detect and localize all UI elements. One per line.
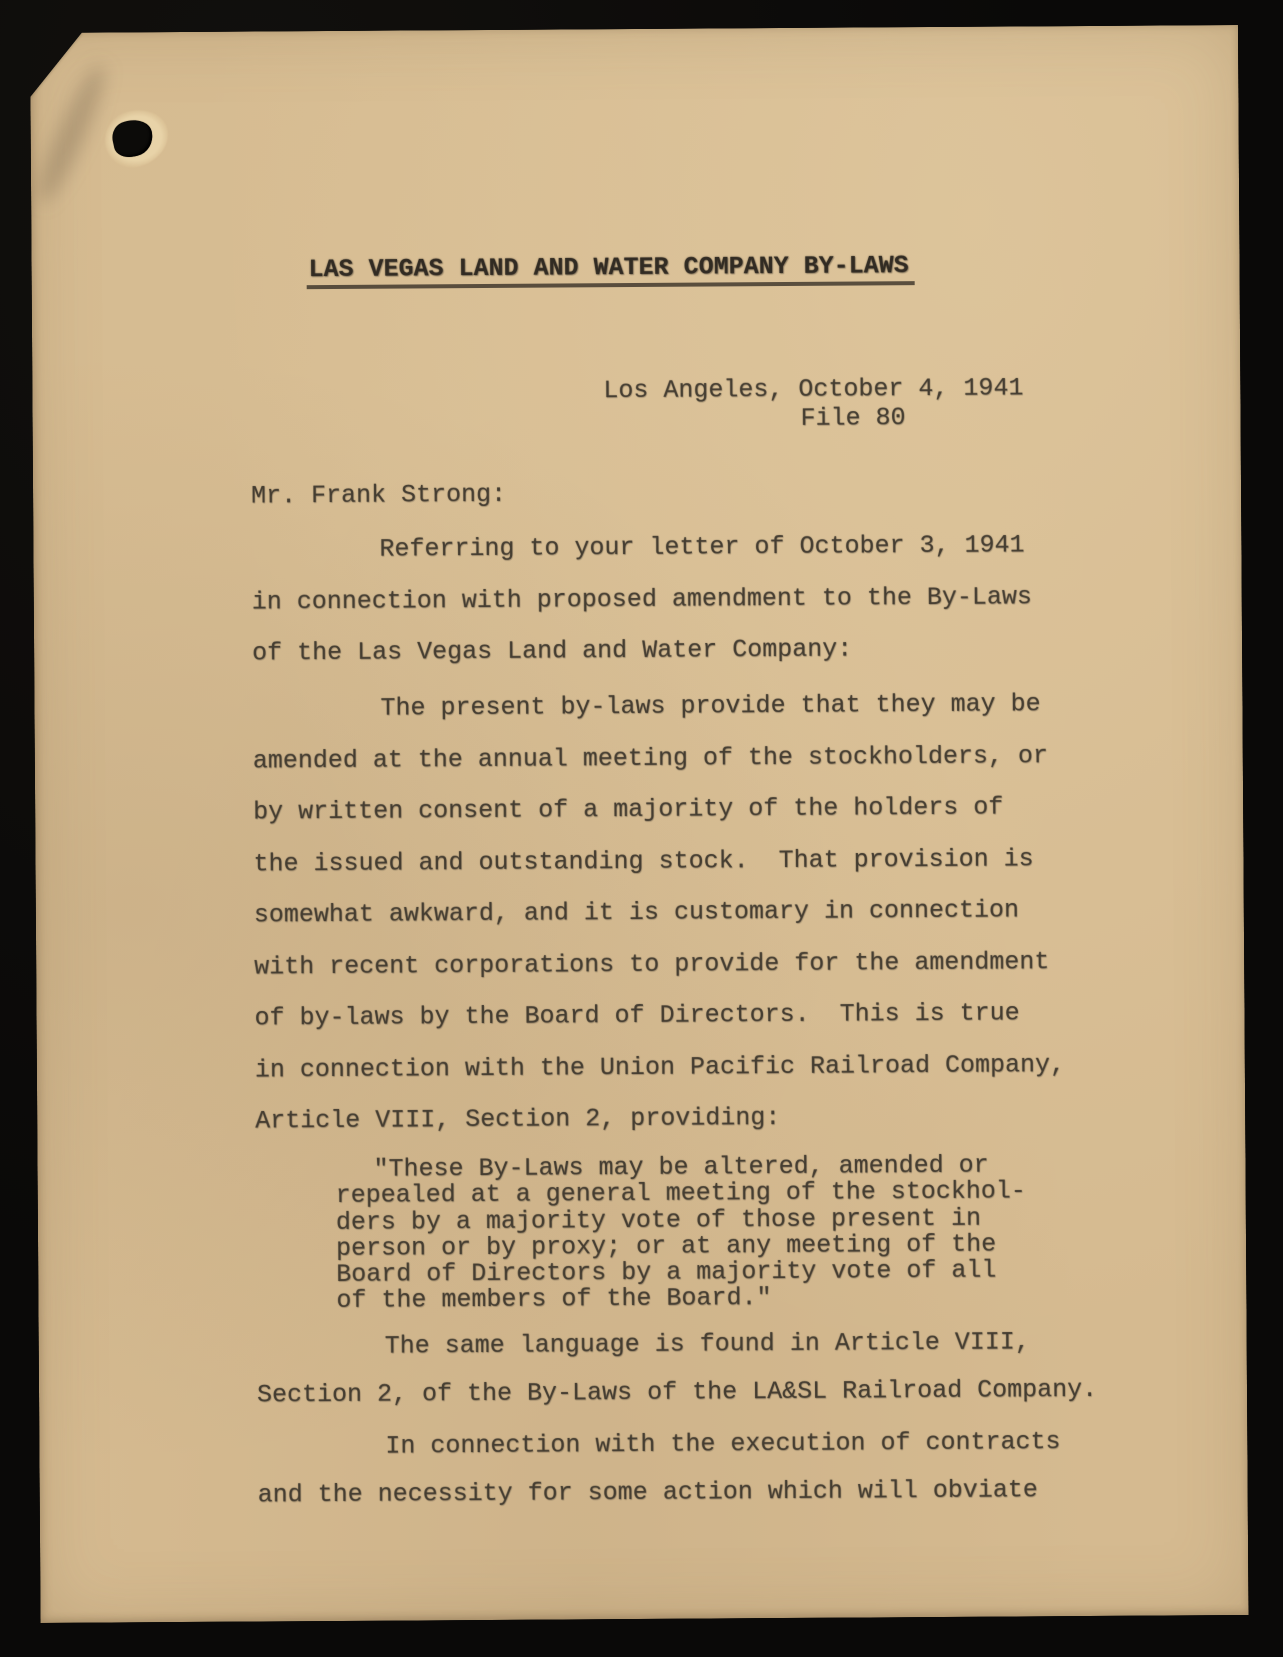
text-line: of the members of the Board." — [336, 1284, 1026, 1315]
dateline-block: Los Angeles, October 4, 1941 File 80 — [603, 373, 1023, 434]
text-line: of the Las Vegas Land and Water Company: — [252, 622, 1032, 679]
text-line: Referring to your letter of October 3, 1… — [251, 519, 1031, 576]
text-line: Mr. Frank Strong: — [251, 482, 506, 510]
text-line: somewhat awkward, and it is customary in… — [254, 884, 1064, 941]
title-text: LAS VEGAS LAND AND WATER COMPANY BY-LAWS — [306, 253, 914, 289]
body-paragraph-4: In connection with the execution of cont… — [257, 1418, 1061, 1519]
dateline: Los Angeles, October 4, 1941 — [603, 373, 1023, 405]
text-line: Section 2, of the By-Laws of the LA&SL R… — [257, 1366, 1097, 1420]
body-paragraph-1: Referring to your letter of October 3, 1… — [251, 519, 1032, 679]
quotation-block: "These By-Laws may be altered, amended o… — [335, 1152, 1026, 1314]
text-line: The present by-laws provide that they ma… — [252, 678, 1062, 735]
typewritten-text-layer: LAS VEGAS LAND AND WATER COMPANY BY-LAWS… — [30, 25, 1249, 1623]
text-line: by written consent of a majority of the … — [253, 781, 1063, 838]
salutation: Mr. Frank Strong: — [251, 482, 506, 510]
body-paragraph-3: The same language is found in Article VI… — [257, 1318, 1098, 1420]
text-line: of by-laws by the Board of Directors. Th… — [254, 987, 1064, 1044]
document-page: LAS VEGAS LAND AND WATER COMPANY BY-LAWS… — [30, 25, 1249, 1623]
file-number: File 80 — [603, 402, 1023, 434]
text-line: in connection with the Union Pacific Rai… — [255, 1039, 1065, 1096]
text-line: and the necessity for some action which … — [258, 1466, 1061, 1519]
text-line: In connection with the execution of cont… — [257, 1418, 1060, 1471]
text-line: in connection with proposed amendment to… — [252, 571, 1032, 628]
text-line: the issued and outstanding stock. That p… — [253, 833, 1063, 890]
body-paragraph-2: The present by-laws provide that they ma… — [252, 678, 1065, 1147]
text-line: Article VIII, Section 2, providing: — [255, 1090, 1065, 1147]
text-line: The same language is found in Article VI… — [257, 1318, 1097, 1372]
text-line: with recent corporations to provide for … — [254, 936, 1064, 993]
document-title: LAS VEGAS LAND AND WATER COMPANY BY-LAWS — [308, 253, 914, 289]
scan-background: LAS VEGAS LAND AND WATER COMPANY BY-LAWS… — [0, 0, 1283, 1657]
text-line: amended at the annual meeting of the sto… — [253, 730, 1063, 787]
